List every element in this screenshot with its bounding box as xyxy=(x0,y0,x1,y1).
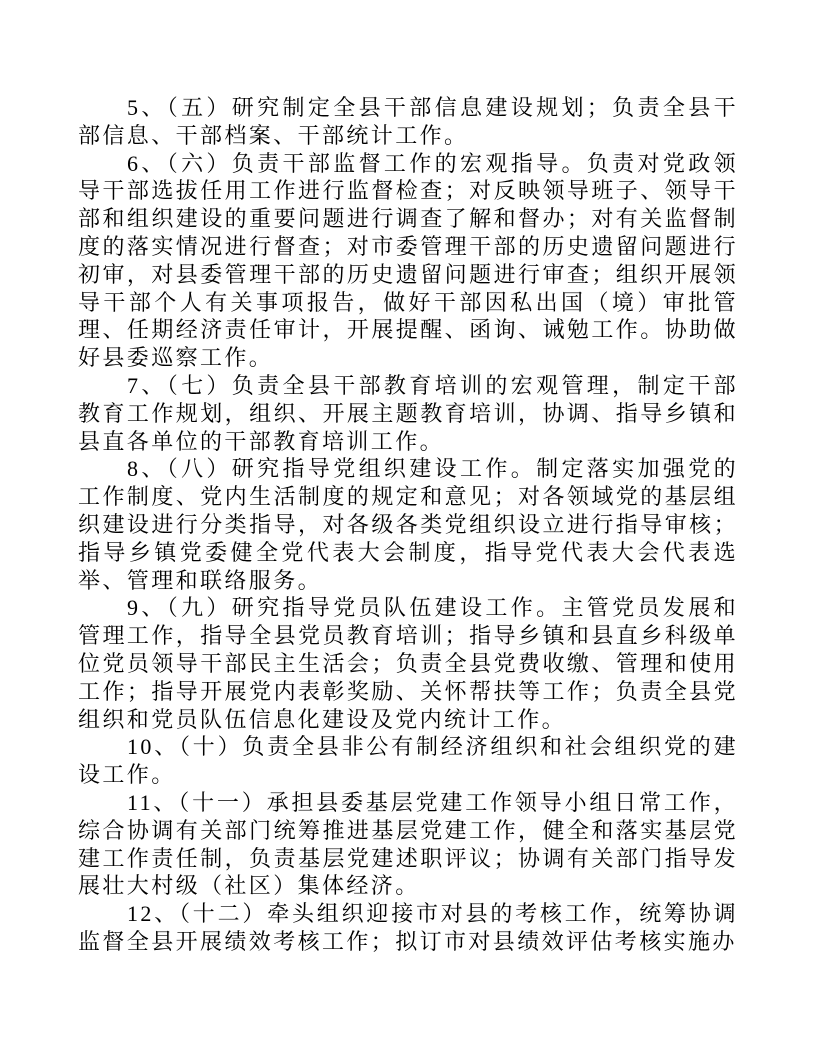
paragraph-item-12: 12、（十二）牵头组织迎接市对县的考核工作，统筹协调监督全县开展绩效考核工作；拟… xyxy=(78,900,738,956)
paragraph-item-7: 7、（七）负责全县干部教育培训的宏观管理，制定干部教育工作规划，组织、开展主题教… xyxy=(78,372,738,455)
paragraph-item-5: 5、（五）研究制定全县干部信息建设规划；负责全县干部信息、干部档案、干部统计工作… xyxy=(78,94,738,150)
paragraph-item-11: 11、（十一）承担县委基层党建工作领导小组日常工作，综合协调有关部门统筹推进基层… xyxy=(78,789,738,900)
paragraph-item-9: 9、（九）研究指导党员队伍建设工作。主管党员发展和管理工作，指导全县党员教育培训… xyxy=(78,594,738,733)
document-text-block: 5、（五）研究制定全县干部信息建设规划；负责全县干部信息、干部档案、干部统计工作… xyxy=(78,94,738,956)
paragraph-item-6: 6、（六）负责干部监督工作的宏观指导。负责对党政领导干部选拔任用工作进行监督检查… xyxy=(78,150,738,372)
paragraph-item-8: 8、（八）研究指导党组织建设工作。制定落实加强党的工作制度、党内生活制度的规定和… xyxy=(78,455,738,594)
paragraph-item-10: 10、（十）负责全县非公有制经济组织和社会组织党的建设工作。 xyxy=(78,733,738,789)
document-page: 5、（五）研究制定全县干部信息建设规划；负责全县干部信息、干部档案、干部统计工作… xyxy=(0,0,816,1056)
